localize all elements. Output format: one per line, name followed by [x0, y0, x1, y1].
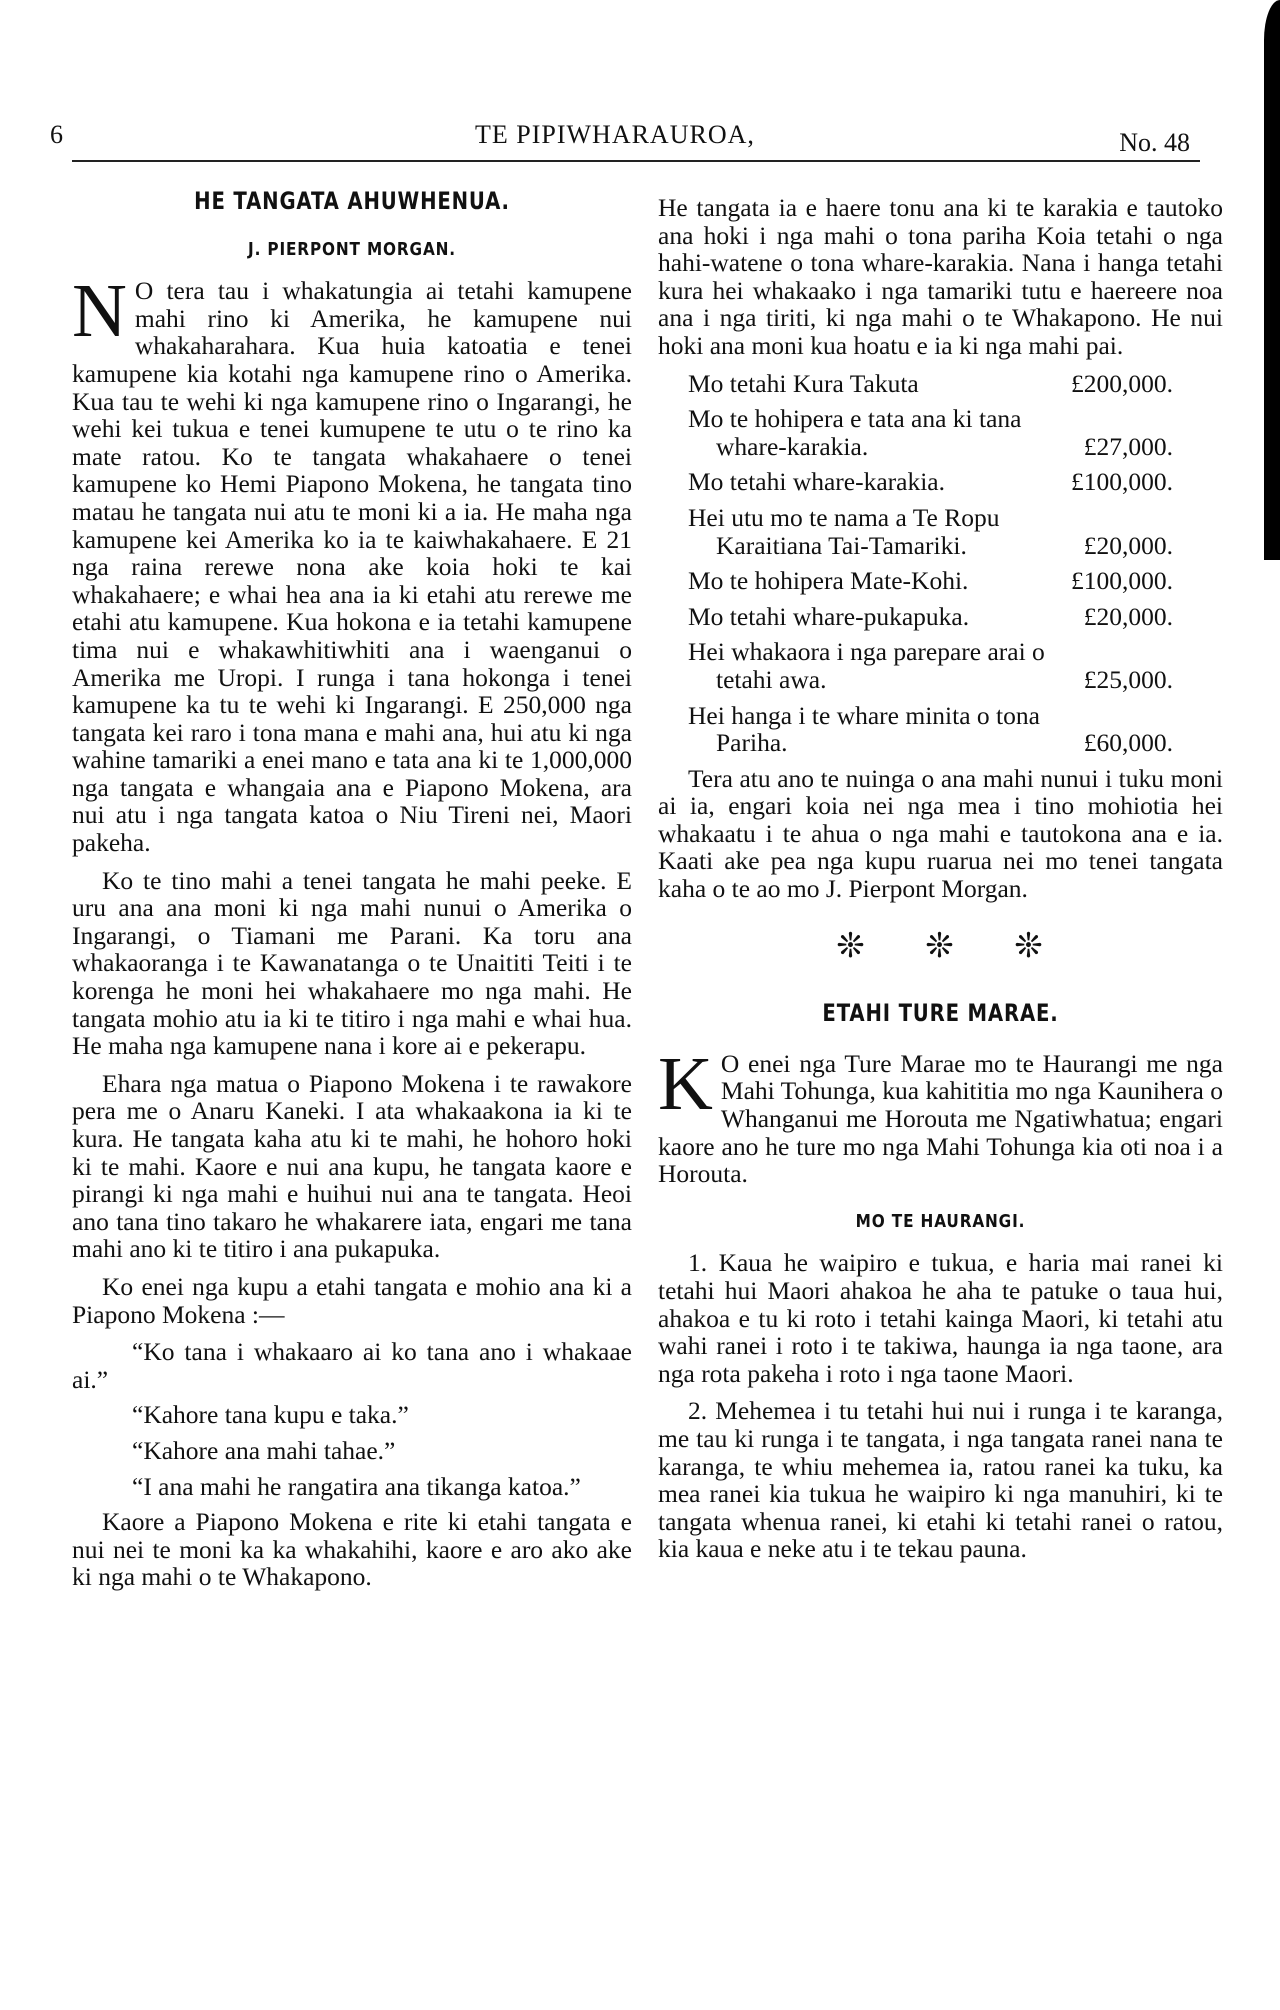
donation-row: Mo tetahi whare-pukapuka.£20,000.	[688, 603, 1223, 631]
donation-row: Hei hanga i te whare minita o tona Parih…	[688, 702, 1223, 757]
after-donations-paragraph: Tera atu ano te nuinga o ana mahi nunui …	[658, 765, 1223, 903]
article-paragraph: Ko enei nga kupu a etahi tangata e mohio…	[72, 1273, 632, 1328]
intro-paragraph: He tangata ia e haere tonu ana ki te kar…	[658, 194, 1223, 360]
donation-row: Hei whakaora i nga parepare arai o tetah…	[688, 638, 1223, 693]
quote: “Kahore ana mahi tahae.”	[72, 1437, 632, 1465]
left-column: HE TANGATA AHUWHENUA. J. PIERPONT MORGAN…	[72, 188, 632, 1601]
closing-paragraph: Kaore a Piapono Mokena e rite ki etahi t…	[72, 1508, 632, 1591]
header-rule	[72, 160, 1200, 162]
donation-row: Mo te hohipera e tata ana ki tana whare-…	[688, 405, 1223, 460]
drop-cap: K	[658, 1054, 713, 1114]
publication-title: TE PIPIWHARAUROA,	[475, 120, 755, 150]
donations-list: Mo tetahi Kura Takuta£200,000. Mo te hoh…	[688, 370, 1223, 757]
donation-row: Hei utu mo te nama a Te Ropu Karaitiana …	[688, 504, 1223, 559]
section-heading: MO TE HAURANGI.	[700, 1208, 1180, 1236]
article-subtitle: J. PIERPONT MORGAN.	[114, 236, 590, 264]
page-number: 6	[50, 120, 63, 150]
rule-item: 2. Mehemea i tu tetahi hui nui i runga i…	[658, 1397, 1223, 1563]
article-title: HE TANGATA AHUWHENUA.	[122, 188, 581, 216]
article-paragraph: Ehara nga matua o Piapono Mokena i te ra…	[72, 1070, 632, 1263]
second-article-title: ETAHI TURE MARAE.	[709, 1000, 1172, 1028]
quote: “Ko tana i whakaaro ai ko tana ano i wha…	[72, 1338, 632, 1393]
quote: “Kahore tana kupu e taka.”	[72, 1401, 632, 1429]
article-paragraph: Ko te tino mahi a tenei tangata he mahi …	[72, 867, 632, 1060]
page-header: 6 TE PIPIWHARAUROA, No. 48	[50, 112, 1220, 158]
quote: “I ana mahi he rangatira ana tikanga kat…	[72, 1473, 632, 1501]
asterism-separator-icon: ❊ ❊ ❊	[658, 933, 1223, 961]
second-intro: KO enei nga Ture Marae mo te Haurangi me…	[658, 1050, 1223, 1188]
donation-row: Mo tetahi whare-karakia.£100,000.	[688, 468, 1223, 496]
donation-row: Mo te hohipera Mate-Kohi.£100,000.	[688, 567, 1223, 595]
donation-row: Mo tetahi Kura Takuta£200,000.	[688, 370, 1223, 398]
issue-number: No. 48	[1119, 128, 1190, 158]
rule-item: 1. Kaua he waipiro e tukua, e haria mai …	[658, 1249, 1223, 1387]
article-paragraph: NO tera tau i whakatungia ai tetahi kamu…	[72, 277, 632, 856]
scan-edge-shadow	[1264, 0, 1280, 560]
right-column: He tangata ia e haere tonu ana ki te kar…	[658, 194, 1223, 1573]
drop-cap: N	[72, 281, 127, 341]
